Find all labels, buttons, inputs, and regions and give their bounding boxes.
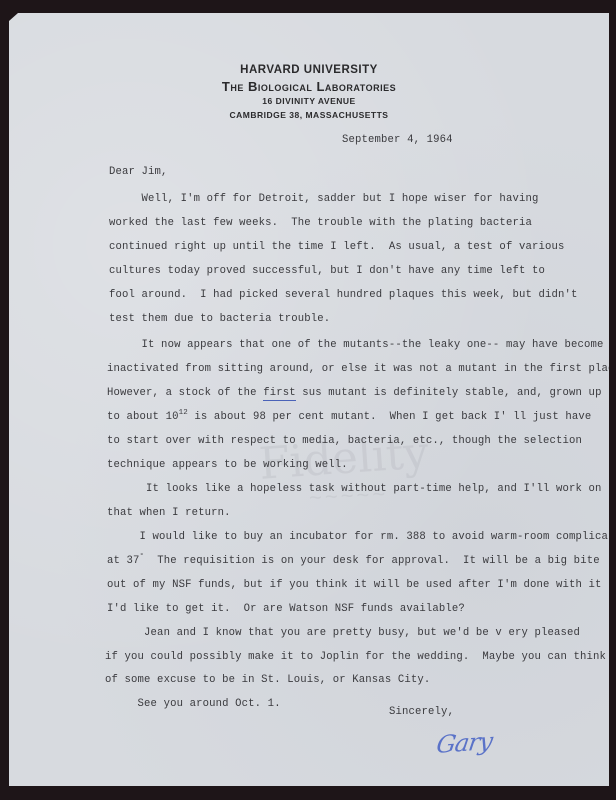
underlined-word: first xyxy=(263,387,296,401)
body-line: of some excuse to be in St. Louis, or Ka… xyxy=(105,674,430,686)
body-line: worked the last few weeks. The trouble w… xyxy=(109,217,532,229)
body-line: to about 1012 is about 98 per cent mutan… xyxy=(107,411,591,423)
text-run: to about 10 xyxy=(107,411,179,423)
body-line: technique appears to be working well. xyxy=(107,459,348,471)
body-line: It now appears that one of the mutants--… xyxy=(109,339,604,351)
body-line: It looks like a hopeless task without pa… xyxy=(107,483,602,495)
closing: Sincerely, xyxy=(389,706,454,718)
body-line: However, a stock of the first sus mutant… xyxy=(107,387,602,399)
body-line: fool around. I had picked several hundre… xyxy=(109,289,578,301)
text-run: sus mutant is definitely stable, and, gr… xyxy=(296,387,602,399)
text-run: However, a stock of the xyxy=(107,387,263,399)
text-run: is about 98 per cent mutant. When I get … xyxy=(188,411,591,423)
letter-page: Fidelity ~~~~~ HARVARD UNIVERSITY The Bi… xyxy=(9,13,609,786)
body-line: I would like to buy an incubator for rm.… xyxy=(107,531,616,543)
body-line: See you around Oct. 1. xyxy=(105,698,281,710)
body-line: to start over with respect to media, bac… xyxy=(107,435,582,447)
handwritten-signature: Gary xyxy=(435,727,494,759)
body-line: Well, I'm off for Detroit, sadder but I … xyxy=(109,193,538,205)
body-line: test them due to bacteria trouble. xyxy=(109,313,330,325)
body-line: at 37° The requisition is on your desk f… xyxy=(107,555,600,567)
body-line: Jean and I know that you are pretty busy… xyxy=(105,627,580,639)
letter-date: September 4, 1964 xyxy=(342,134,453,146)
body-line: continued right up until the time I left… xyxy=(109,241,565,253)
salutation: Dear Jim, xyxy=(109,166,168,178)
text-run: The requisition is on your desk for appr… xyxy=(144,555,600,567)
body-line: I'd like to get it. Or are Watson NSF fu… xyxy=(107,603,465,615)
body-line: out of my NSF funds, but if you think it… xyxy=(107,579,602,591)
body-line: that when I return. xyxy=(107,507,231,519)
body-line: inactivated from sitting around, or else… xyxy=(107,363,616,375)
text-run: at 37 xyxy=(107,555,140,567)
letterhead-department: The Biological Laboratories xyxy=(9,79,609,94)
body-line: if you could possibly make it to Joplin … xyxy=(105,651,606,663)
letterhead-university: HARVARD UNIVERSITY xyxy=(9,64,609,76)
letterhead-city: CAMBRIDGE 38, MASSACHUSETTS xyxy=(9,110,609,120)
body-line: cultures today proved successful, but I … xyxy=(109,265,545,277)
letterhead-street: 16 DIVINITY AVENUE xyxy=(9,96,609,106)
superscript-exponent: 12 xyxy=(179,409,188,417)
